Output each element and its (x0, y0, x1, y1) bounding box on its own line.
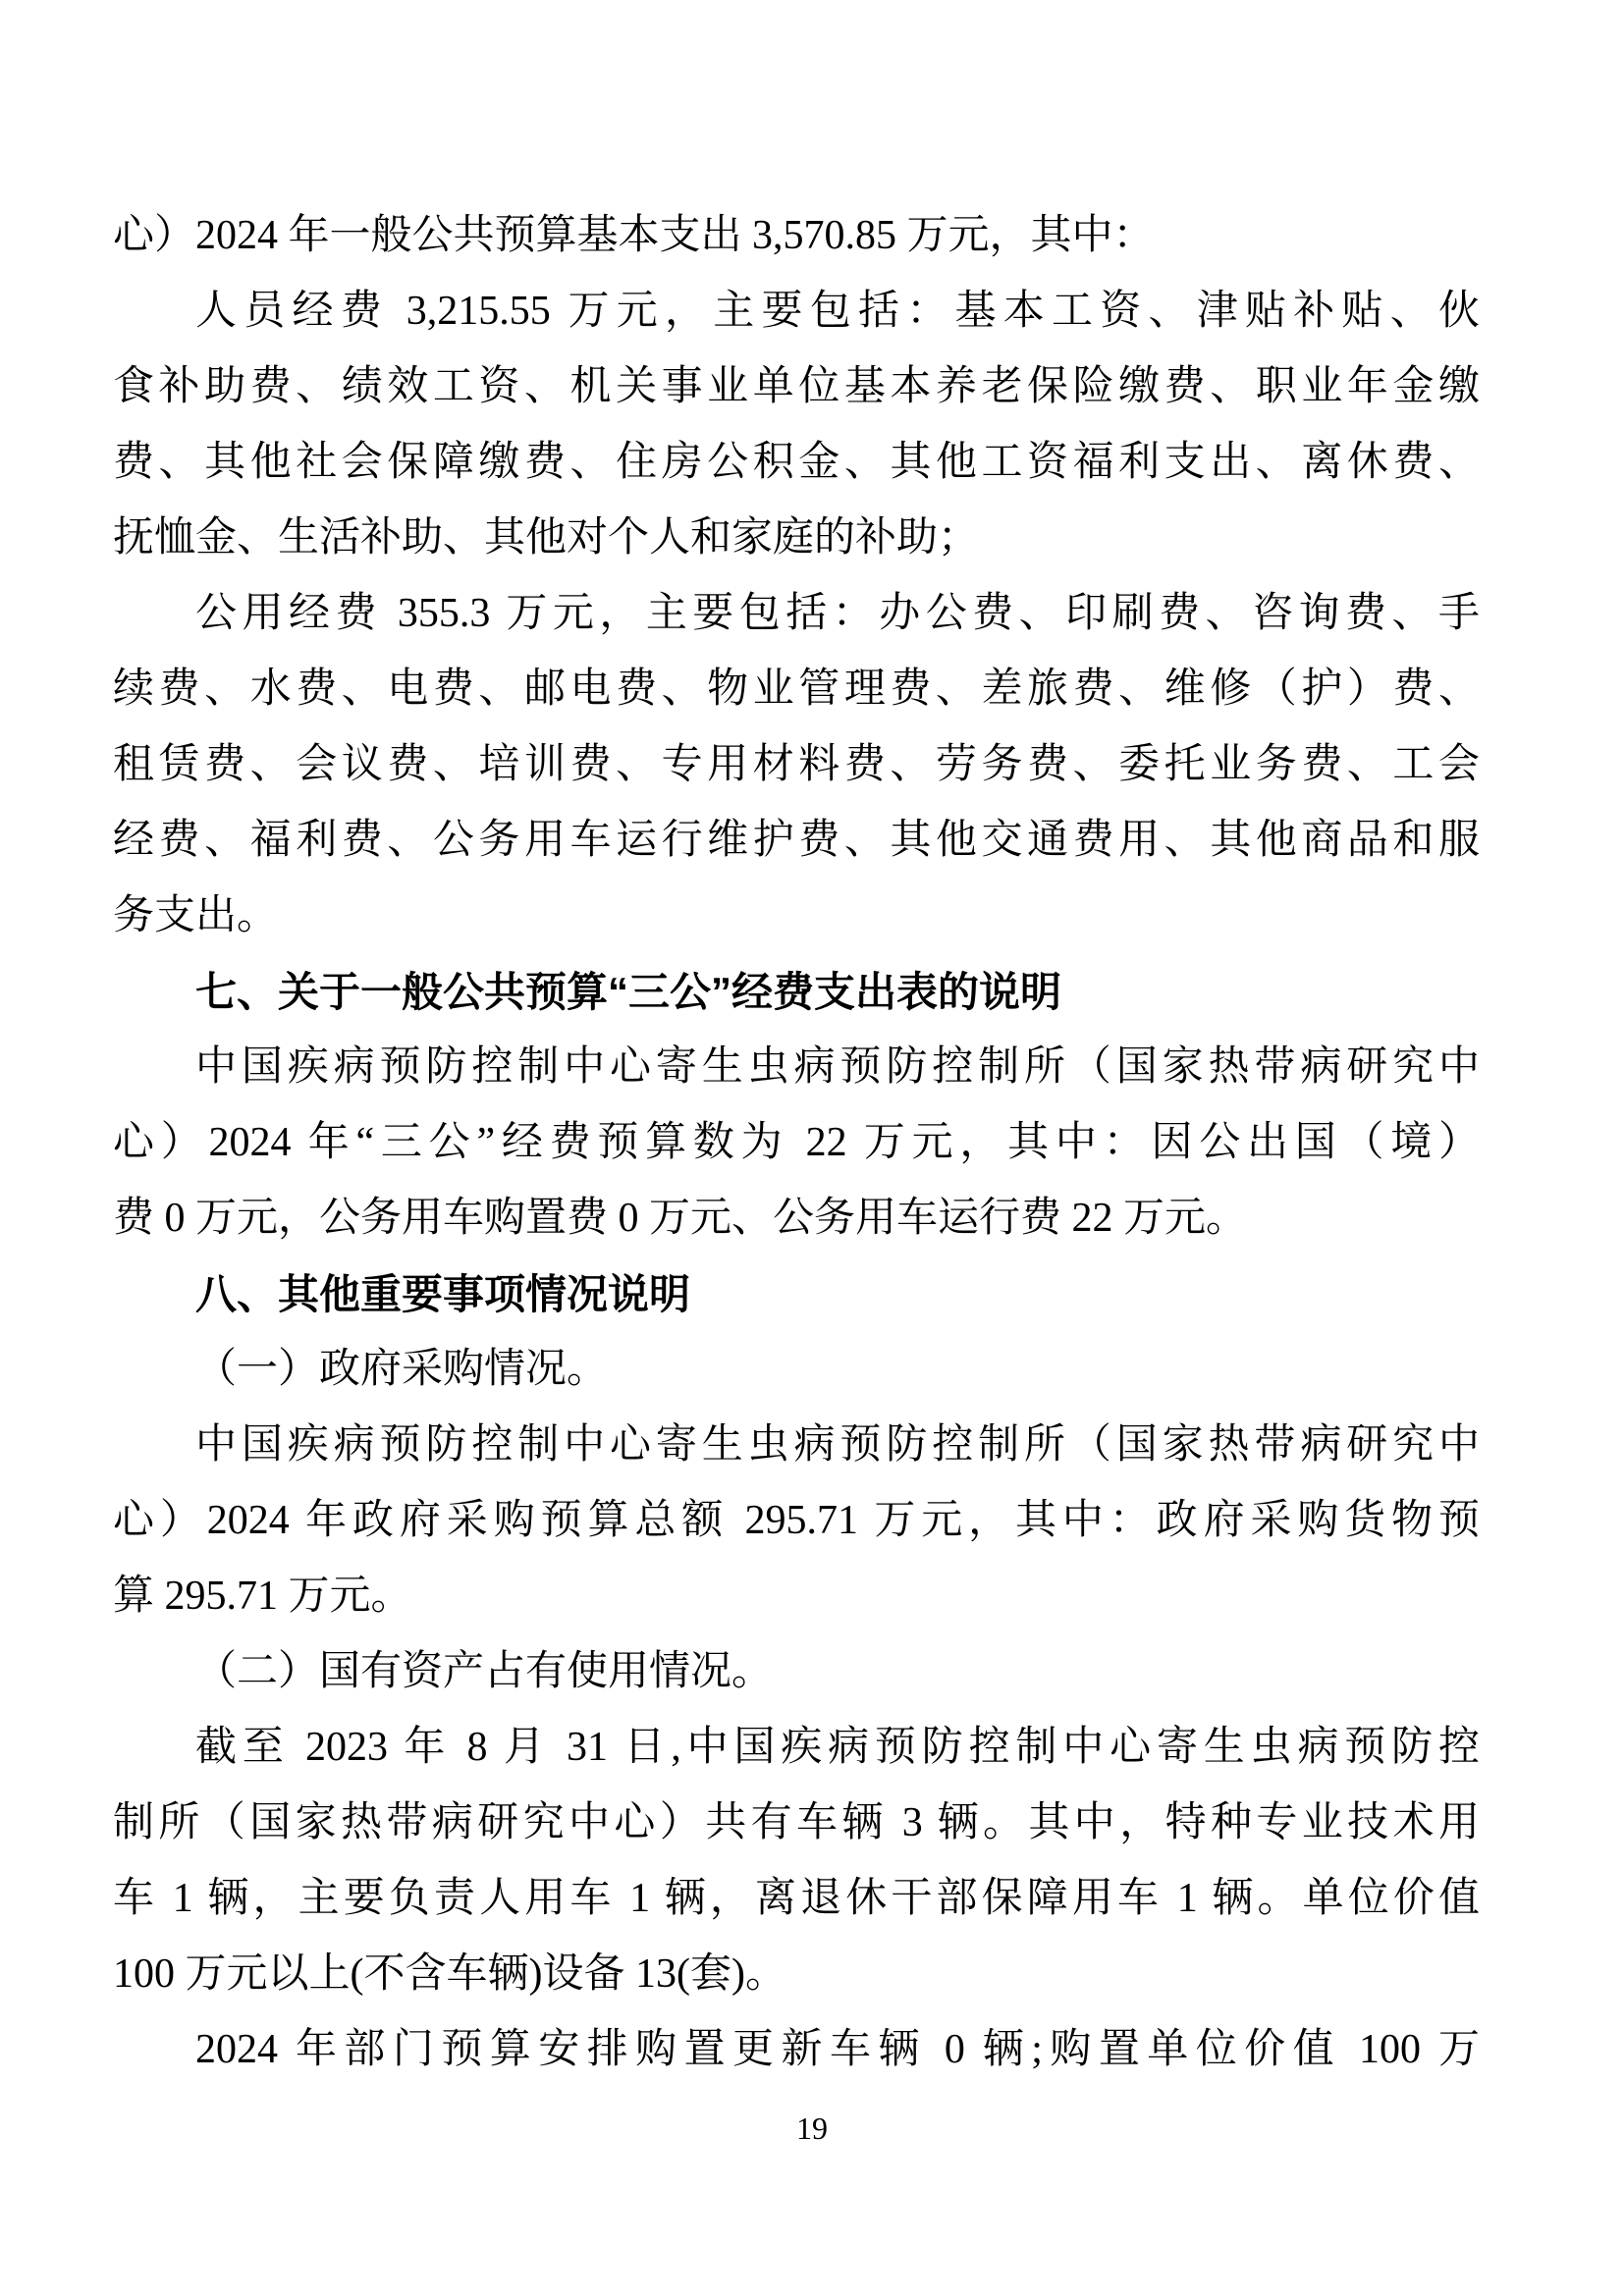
text-line: 2024 年部门预算安排购置更新车辆 0 辆;购置单位价值 100 万 (113, 2012, 1480, 2088)
text-line: （一）政府采购情况。 (113, 1332, 1480, 1408)
text-line: 抚恤金、生活补助、其他对个人和家庭的补助； (113, 501, 1480, 576)
text-line: 中国疾病预防控制中心寄生虫病预防控制所（国家热带病研究中 (113, 1408, 1480, 1483)
page-number: 19 (0, 2109, 1624, 2148)
text-line: 人员经费 3,215.55 万元，主要包括：基本工资、津贴补贴、伙 (113, 274, 1480, 349)
text-line: 心）2024 年“三公”经费预算数为 22 万元，其中：因公出国（境） (113, 1105, 1480, 1181)
document-body: 心）2024 年一般公共预算基本支出 3,570.85 万元，其中：人员经费 3… (113, 198, 1480, 2088)
section-heading: 七、关于一般公共预算“三公”经费支出表的说明 (113, 954, 1480, 1030)
text-line: 制所（国家热带病研究中心）共有车辆 3 辆。其中，特种专业技术用 (113, 1786, 1480, 1861)
text-line: 费、其他社会保障缴费、住房公积金、其他工资福利支出、离休费、 (113, 425, 1480, 501)
text-line: 中国疾病预防控制中心寄生虫病预防控制所（国家热带病研究中 (113, 1030, 1480, 1105)
text-line: 公用经费 355.3 万元，主要包括：办公费、印刷费、咨询费、手 (113, 576, 1480, 652)
text-line: 费 0 万元，公务用车购置费 0 万元、公务用车运行费 22 万元。 (113, 1181, 1480, 1256)
text-line: 经费、福利费、公务用车运行维护费、其他交通费用、其他商品和服 (113, 803, 1480, 879)
text-line: （二）国有资产占有使用情况。 (113, 1634, 1480, 1710)
text-line: 100 万元以上(不含车辆)设备 13(套)。 (113, 1937, 1480, 2012)
text-line: 务支出。 (113, 879, 1480, 954)
text-line: 算 295.71 万元。 (113, 1559, 1480, 1634)
section-heading: 八、其他重要事项情况说明 (113, 1256, 1480, 1332)
text-line: 食补助费、绩效工资、机关事业单位基本养老保险缴费、职业年金缴 (113, 349, 1480, 425)
text-line: 租赁费、会议费、培训费、专用材料费、劳务费、委托业务费、工会 (113, 727, 1480, 803)
text-line: 心）2024 年一般公共预算基本支出 3,570.85 万元，其中： (113, 198, 1480, 274)
document-page: 心）2024 年一般公共预算基本支出 3,570.85 万元，其中：人员经费 3… (0, 0, 1624, 2296)
text-line: 车 1 辆，主要负责人用车 1 辆，离退休干部保障用车 1 辆。单位价值 (113, 1861, 1480, 1937)
text-line: 截至 2023 年 8 月 31 日,中国疾病预防控制中心寄生虫病预防控 (113, 1710, 1480, 1786)
text-line: 续费、水费、电费、邮电费、物业管理费、差旅费、维修（护）费、 (113, 652, 1480, 727)
text-line: 心）2024 年政府采购预算总额 295.71 万元，其中：政府采购货物预 (113, 1483, 1480, 1559)
